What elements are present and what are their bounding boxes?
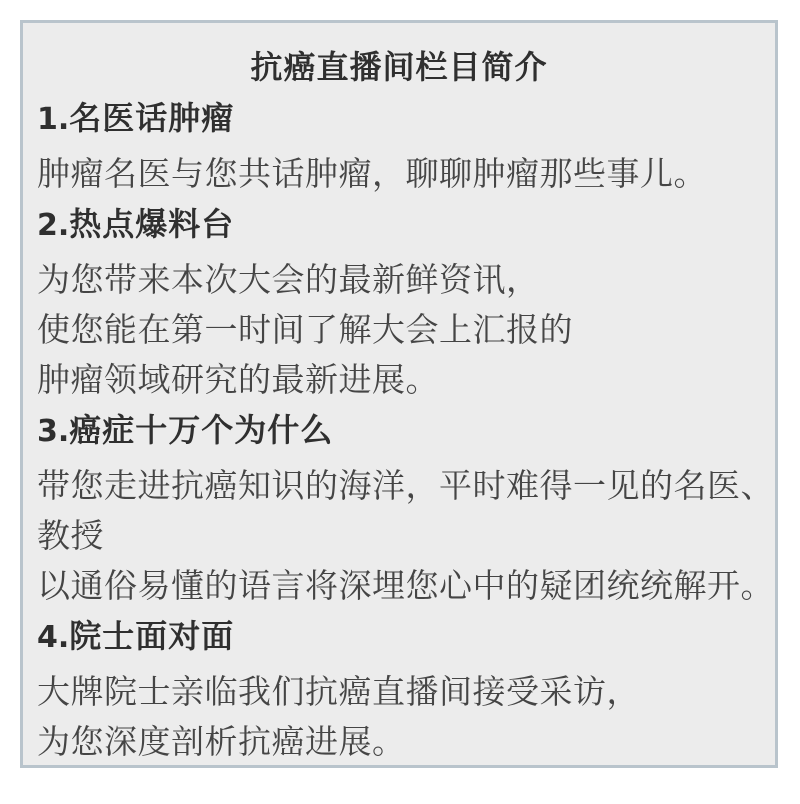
- section-1-line-1: 肿瘤名医与您共话肿瘤，聊聊肿瘤那些事儿。: [37, 149, 761, 199]
- section-2-line-2: 使您能在第一时间了解大会上汇报的: [37, 305, 761, 355]
- page-title: 抗癌直播间栏目简介: [37, 41, 761, 93]
- section-3-heading-text: 癌症十万个为什么: [69, 411, 333, 449]
- section-4: 4.院士面对面 大牌院士亲临我们抗癌直播间接受采访， 为您深度剖析抗癌进展。: [37, 611, 761, 767]
- section-1-number: 1.: [37, 102, 69, 137]
- section-1: 1.名医话肿瘤 肿瘤名医与您共话肿瘤，聊聊肿瘤那些事儿。: [37, 93, 761, 199]
- section-4-heading-text: 院士面对面: [69, 617, 234, 655]
- section-1-heading-text: 名医话肿瘤: [69, 99, 234, 137]
- section-3: 3.癌症十万个为什么 带您走进抗癌知识的海洋，平时难得一见的名医、 教授 以通俗…: [37, 405, 761, 611]
- section-3-line-2: 教授: [37, 511, 761, 561]
- section-4-number: 4.: [37, 620, 69, 655]
- program-intro-box: 抗癌直播间栏目简介 1.名医话肿瘤 肿瘤名医与您共话肿瘤，聊聊肿瘤那些事儿。 2…: [20, 20, 778, 768]
- section-2-heading-text: 热点爆料台: [69, 205, 234, 243]
- section-4-heading: 4.院士面对面: [37, 611, 761, 667]
- section-2-heading: 2.热点爆料台: [37, 199, 761, 255]
- section-3-line-3: 以通俗易懂的语言将深埋您心中的疑团统统解开。: [37, 561, 761, 611]
- section-4-line-2: 为您深度剖析抗癌进展。: [37, 717, 761, 767]
- section-2-line-1: 为您带来本次大会的最新鲜资讯，: [37, 255, 761, 305]
- section-2: 2.热点爆料台 为您带来本次大会的最新鲜资讯， 使您能在第一时间了解大会上汇报的…: [37, 199, 761, 405]
- section-4-line-1: 大牌院士亲临我们抗癌直播间接受采访，: [37, 667, 761, 717]
- section-3-heading: 3.癌症十万个为什么: [37, 405, 761, 461]
- section-3-number: 3.: [37, 414, 69, 449]
- section-2-number: 2.: [37, 208, 69, 243]
- section-3-line-1: 带您走进抗癌知识的海洋，平时难得一见的名医、: [37, 461, 761, 511]
- section-1-heading: 1.名医话肿瘤: [37, 93, 761, 149]
- section-2-line-3: 肿瘤领域研究的最新进展。: [37, 355, 761, 405]
